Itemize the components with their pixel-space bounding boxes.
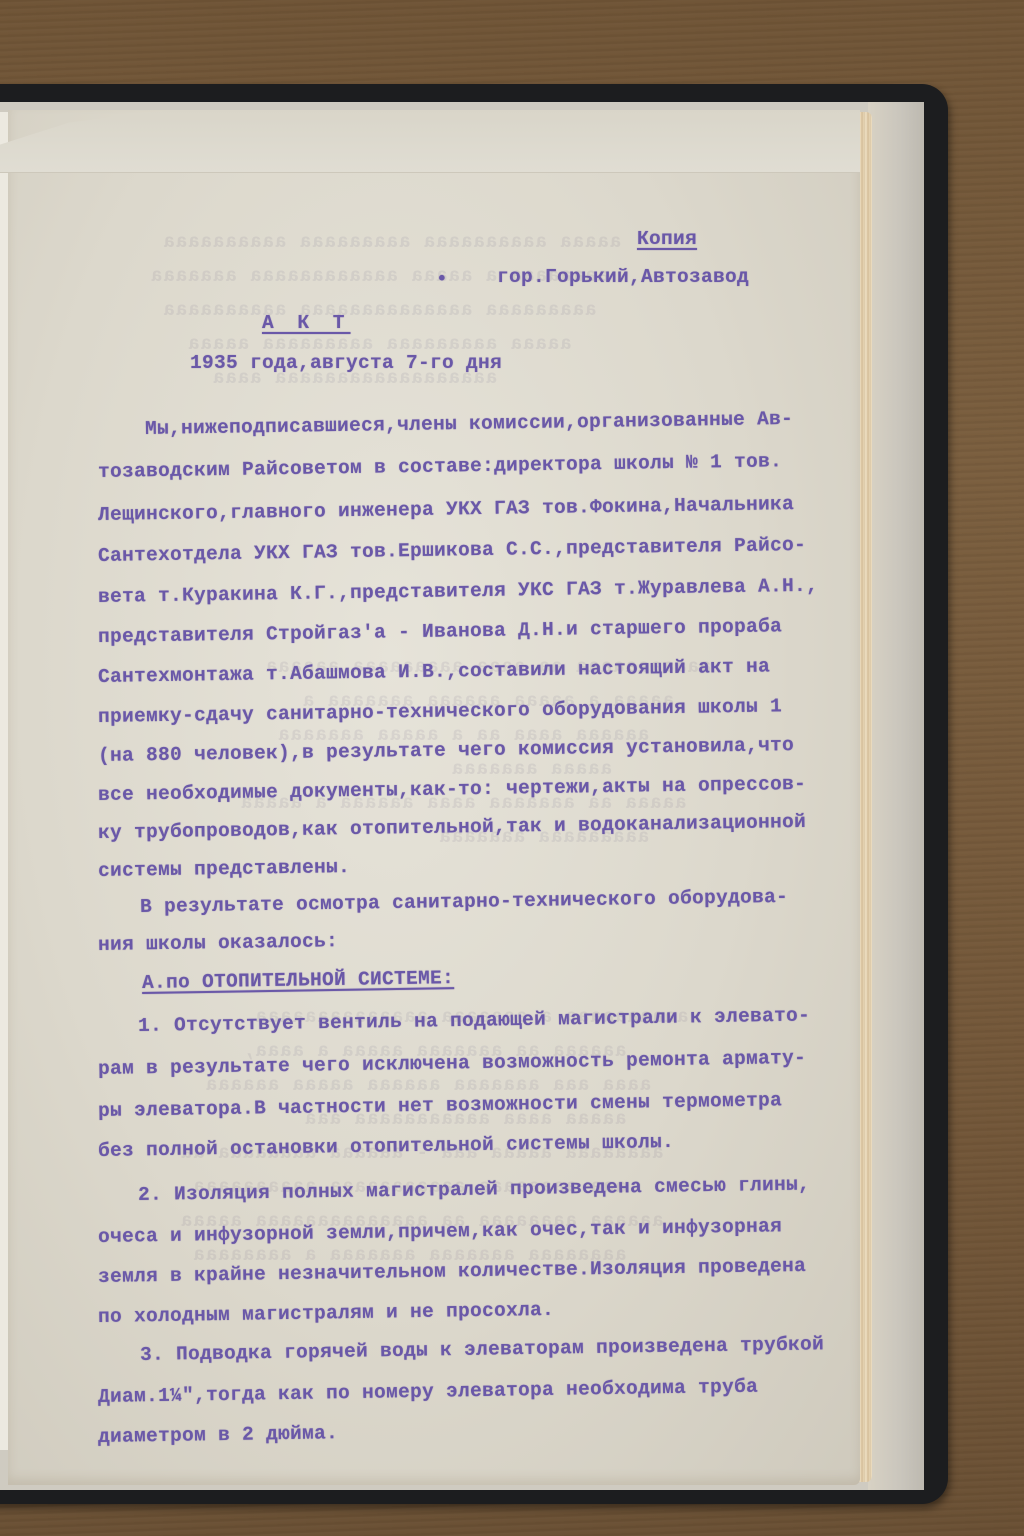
item-3-line: диаметром в 2 дюйма. xyxy=(98,1422,338,1448)
bullet-mark: • xyxy=(436,268,448,290)
inspection-line: ния школы оказалось: xyxy=(98,930,338,956)
copy-label: Копия xyxy=(637,228,697,250)
page-top-curl xyxy=(0,110,860,173)
date-line: 1935 года,августа 7-го дня xyxy=(190,352,502,374)
document-title: А К Т xyxy=(262,312,351,334)
intro-line: системы представлены. xyxy=(98,856,350,882)
underlying-page-edge xyxy=(868,102,924,1490)
place-line: гор.Горький,Автозавод xyxy=(497,266,749,288)
